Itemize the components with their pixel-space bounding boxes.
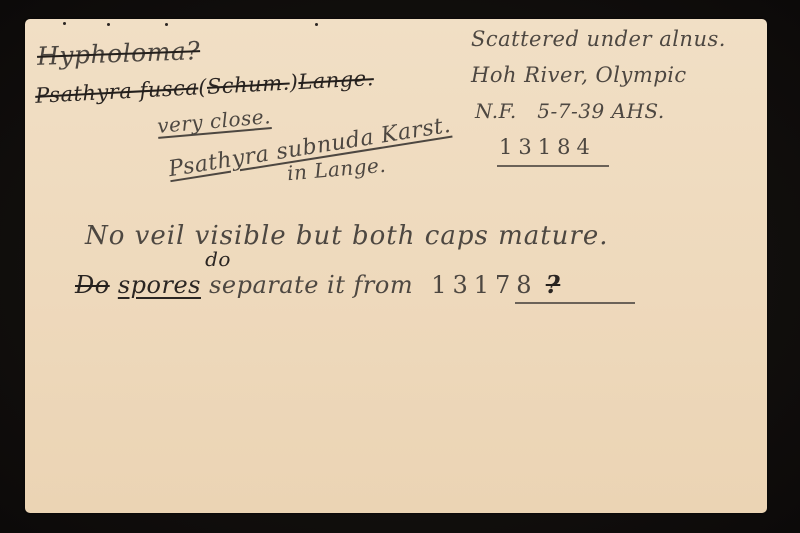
struck-author-schum: Schum. (206, 71, 290, 99)
struck-question-mark: ? (546, 270, 561, 299)
spores-word: spores (118, 271, 201, 299)
struck-do: Do (75, 271, 110, 299)
locality-date-collector: N.F. 5-7-39 AHS. (475, 101, 665, 121)
reference-number-underline (515, 302, 635, 304)
identification-line-psathyra-fusca: Psathyra fusca(Schum.)Lange. (35, 68, 375, 107)
citation-in-lange: in Lange. (286, 155, 387, 184)
locality-hoh-river: Hoh River, Olympic (471, 65, 687, 86)
photo-background: Hypholoma? Psathyra fusca(Schum.)Lange. … (0, 0, 800, 533)
observation-note-line1: No veil visible but both caps mature. (85, 223, 609, 249)
pin-hole (165, 23, 168, 26)
specimen-note-card: Hypholoma? Psathyra fusca(Schum.)Lange. … (25, 19, 767, 513)
collection-number: 13184 (499, 137, 596, 158)
separate-it-from: separate it from (209, 271, 413, 299)
note-very-close: very close. (156, 106, 271, 136)
habitat-note: Scattered under alnus. (471, 29, 726, 50)
struck-author-lange: Lange. (298, 66, 375, 94)
pin-hole (63, 22, 66, 25)
observation-note-line2: Do spores do separate it from 13178 ? (75, 273, 560, 297)
inserted-do: do (205, 249, 231, 269)
struck-genus-hypholoma: Hypholoma? (37, 38, 201, 69)
reference-collection-number: 13178 (431, 271, 537, 299)
very-close-text: very close. (156, 104, 272, 138)
struck-species-psathyra-fusca: Psathyra fusca (35, 75, 199, 108)
pin-hole (107, 23, 110, 26)
pin-hole (315, 23, 318, 26)
inserted-do-wrapper: do separate it from (209, 271, 421, 299)
collection-number-underline (497, 165, 609, 167)
